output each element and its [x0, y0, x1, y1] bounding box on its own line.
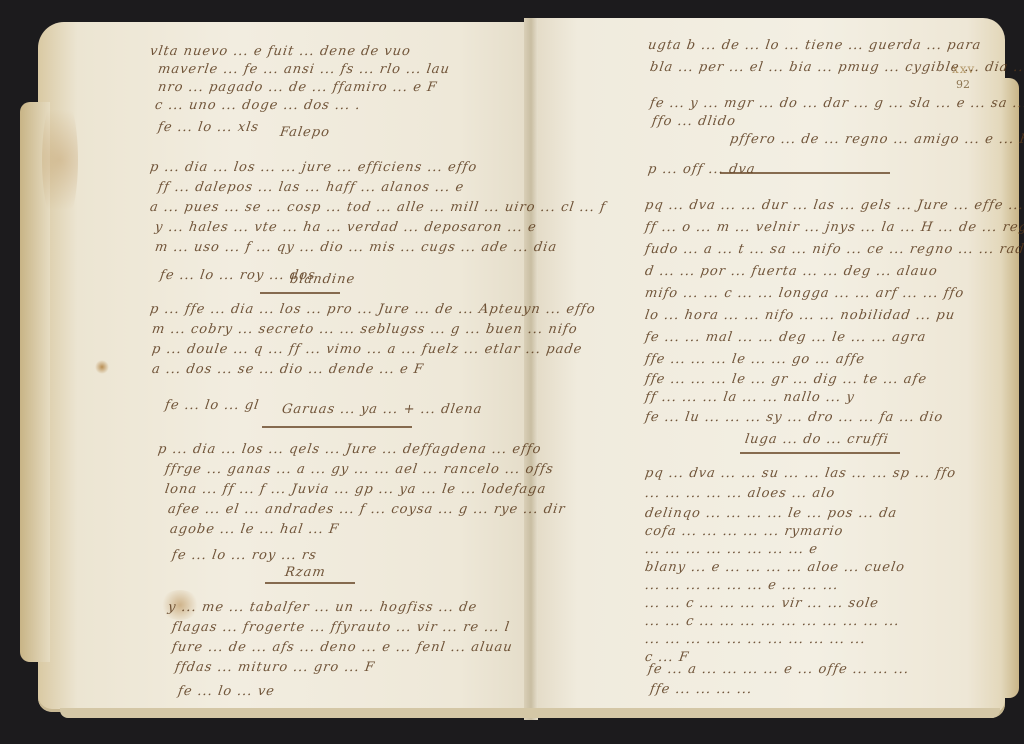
handwriting-line: nro ... pagado ... de ... ffamiro ... e …	[157, 80, 438, 95]
handwriting-line: ffe ... ... ... le ... ... go ... affe	[644, 352, 866, 367]
handwriting-line: ffdas ... mituro ... gro ... F	[174, 660, 376, 675]
handwriting-line: pq ... dva ... ... dur ... las ... gels …	[644, 198, 1024, 213]
handwriting-line: d ... ... por ... fuerta ... ... deg ...…	[644, 264, 939, 279]
entry-lead: fe ... lo ... ve	[177, 684, 276, 699]
handwriting-line: ffrge ... ganas ... a ... gy ... ... ael…	[164, 462, 555, 477]
handwriting-line: maverle ... fe ... ansi ... fs ... rlo .…	[157, 62, 451, 77]
handwriting-line: ... ... ... ... ... ... ... ... e	[644, 542, 819, 557]
handwriting-line: mifo ... ... c ... ... longga ... ... ar…	[644, 286, 965, 301]
heading-rule	[260, 292, 340, 294]
handwriting-line: m ... uso ... f ... qy ... dio ... mis .…	[154, 240, 558, 255]
book-gutter	[524, 18, 538, 720]
handwriting-line: ... ... ... ... ... ... ... ... ... ... …	[644, 632, 867, 647]
heading-rule	[720, 172, 890, 174]
folio-number: 92	[956, 78, 970, 91]
handwriting-line: ffe ... ... ... ...	[649, 682, 754, 697]
handwriting-line: ffo ... dlido	[651, 114, 737, 129]
handwriting-line: fe ... y ... mgr ... do ... dar ... g ..…	[649, 96, 1024, 111]
handwriting-line: delinqo ... ... ... ... le ... pos ... d…	[644, 506, 898, 521]
entry-lead: p ... off ... dva	[647, 162, 757, 177]
entry-lead: fe ... lo ... roy ... rs	[171, 548, 318, 563]
edge-stain	[42, 90, 78, 230]
heading-rule	[265, 582, 355, 584]
handwriting-line: cofa ... ... ... ... ... rymario	[644, 524, 844, 539]
page-stack-edge	[60, 708, 1000, 718]
handwriting-line: ff ... ... ... la ... ... nallo ... y	[644, 390, 856, 405]
handwriting-line: p ... doule ... q ... ff ... vimo ... a …	[151, 342, 583, 357]
right-page	[530, 18, 1005, 718]
handwriting-line: ... ... ... ... ... ... e ... ... ...	[644, 578, 840, 593]
handwriting-line: p ... dia ... los ... qels ... Jure ... …	[157, 442, 543, 457]
entry-heading: pffero ... de ... regno ... amigo ... e …	[729, 132, 1024, 147]
handwriting-line: fudo ... a ... t ... sa ... nifo ... ce …	[644, 242, 1024, 257]
handwriting-line: agobe ... le ... hal ... F	[169, 522, 340, 537]
entry-heading: Rzam	[284, 565, 327, 580]
entry-heading: Falepo	[279, 125, 331, 140]
handwriting-line: y ... hales ... vte ... ha ... verdad ..…	[154, 220, 538, 235]
handwriting-line: lo ... hora ... ... nifo ... ... nobilid…	[644, 308, 956, 323]
handwriting-line: bla ... per ... el ... bia ... pmug ... …	[649, 60, 1024, 75]
entry-lead: fe ... lo ... gl	[164, 398, 260, 413]
handwriting-line: fure ... de ... afs ... deno ... e ... f…	[171, 640, 514, 655]
handwriting-line: ugta b ... de ... lo ... tiene ... guerd…	[647, 38, 982, 53]
handwriting-line: p ... dia ... los ... ... jure ... effic…	[149, 160, 478, 175]
heading-rule	[262, 426, 412, 428]
entry-lead: fe ... lo ... xls	[157, 120, 260, 135]
handwriting-line: lona ... ff ... f ... Juvia ... gp ... y…	[164, 482, 547, 497]
handwriting-line: pq ... dva ... ... su ... ... las ... ..…	[644, 466, 957, 481]
entry-lead: fe ... a ... ... ... ... e ... offe ... …	[647, 662, 910, 677]
entry-heading: blandine	[289, 272, 356, 287]
ink-stain	[95, 360, 109, 374]
handwriting-line: ... ... c ... ... ... ... vir ... ... so…	[644, 596, 880, 611]
handwriting-line: afee ... el ... andrades ... f ... coysa…	[167, 502, 567, 517]
heading-rule	[740, 452, 900, 454]
entry-heading: Garuas ... ya ... + ... dlena	[281, 402, 484, 417]
handwriting-line: ffe ... ... ... le ... gr ... dig ... te…	[644, 372, 928, 387]
handwriting-line: blany ... e ... ... ... ... aloe ... cue…	[644, 560, 906, 575]
handwriting-line: fe ... ... mal ... ... deg ... le ... ..…	[644, 330, 927, 345]
handwriting-line: p ... ffe ... dia ... los ... pro ... Ju…	[149, 302, 597, 317]
handwriting-line: vlta nuevo ... e fuit ... dene de vuo	[149, 44, 412, 59]
handwriting-line: ff ... o ... m ... velnir ... jnys ... l…	[644, 220, 1024, 235]
handwriting-line: ... ... c ... ... ... ... ... ... ... ..…	[644, 614, 901, 629]
handwriting-line: c ... uno ... doge ... dos ... .	[154, 98, 362, 113]
handwriting-line: fe ... lu ... ... ... sy ... dro ... ...…	[644, 410, 944, 425]
handwriting-line: flagas ... frogerte ... ffyrauto ... vir…	[171, 620, 511, 635]
handwriting-line: ... ... ... ... ... aloes ... alo	[644, 486, 836, 501]
handwriting-line: a ... dos ... se ... dio ... dende ... e…	[151, 362, 425, 377]
handwriting-line: m ... cobry ... secreto ... ... seblugss…	[151, 322, 579, 337]
handwriting-line: a ... pues ... se ... cosp ... tod ... a…	[149, 200, 607, 215]
handwriting-line: ff ... dalepos ... las ... haff ... alan…	[157, 180, 465, 195]
handwriting-line: y ... me ... tabalfer ... un ... hogfiss…	[167, 600, 478, 615]
entry-heading: luga ... do ... cruffi	[744, 432, 890, 447]
